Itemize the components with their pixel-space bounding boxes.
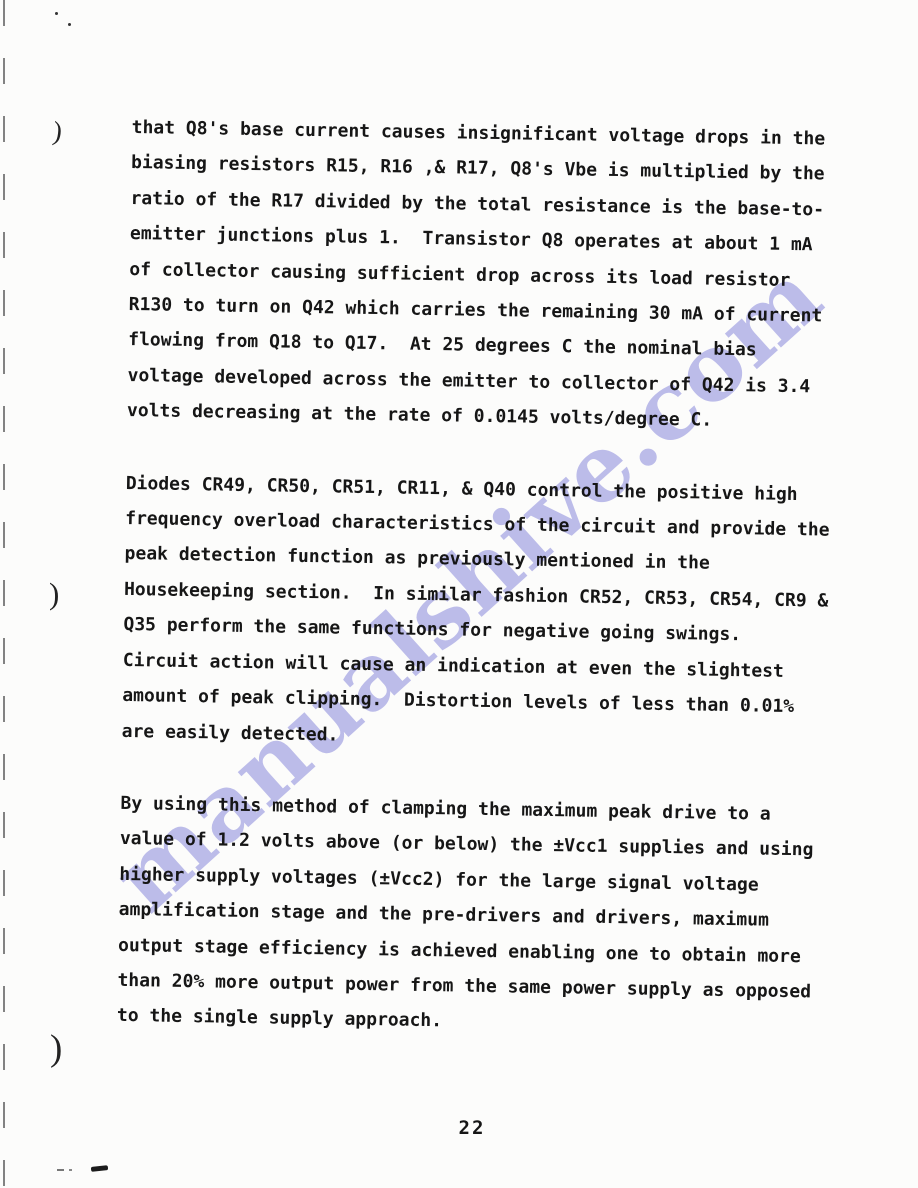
page-number: 22 [448,1117,496,1139]
handwritten-paren-mark: ) [51,118,63,146]
scan-binding-dashed-line [3,0,5,1188]
scan-speck [68,23,71,26]
document-body-text: that Q8's base current causes insignific… [117,110,854,1046]
scan-speck [55,12,58,15]
scanned-document-page: ) ) ) manualshive.com that Q8's base cur… [0,0,918,1188]
paragraph: Diodes CR49, CR50, CR51, CR11, & Q40 con… [121,466,848,761]
scan-stray-dash [57,1169,64,1171]
scan-stray-mark [91,1165,108,1172]
scan-stray-dot [69,1169,72,1171]
handwritten-paren-mark: ) [49,578,59,609]
paragraph: By using this method of clamping the max… [117,786,843,1046]
paragraph: that Q8's base current causes insignific… [127,110,854,441]
handwritten-paren-mark: ) [50,1030,62,1067]
